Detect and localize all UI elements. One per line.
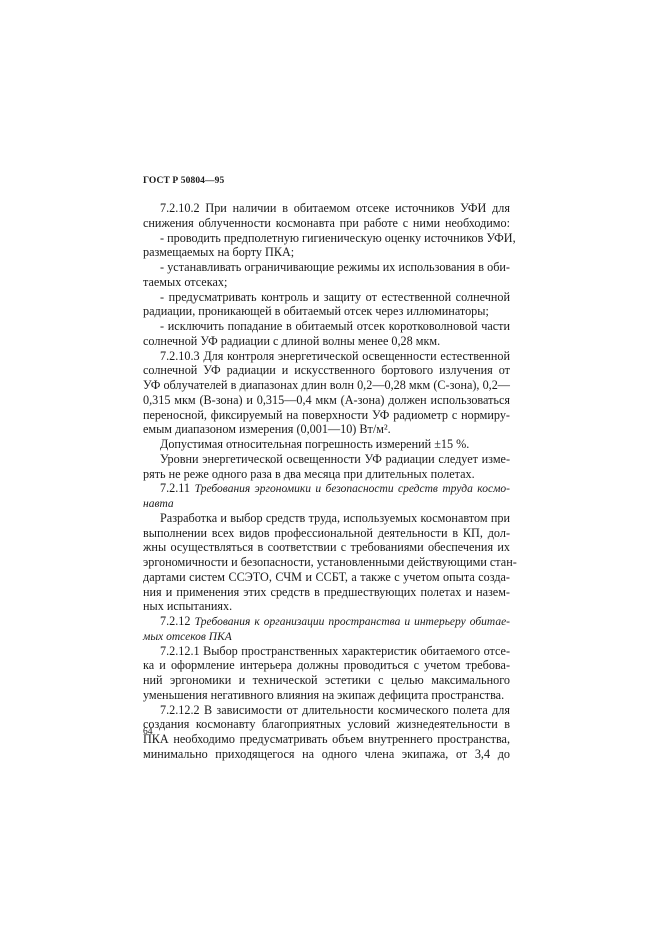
- text-line: 7.2.10.2 При наличии в обитаемом отсеке …: [143, 201, 510, 216]
- text-line: УФ облучателей в диапазонах длин волн 0,…: [143, 378, 510, 393]
- text-line: солнечной УФ радиации с длиной волны мен…: [143, 334, 510, 349]
- text-line: ка и оформление интерьера должны проводи…: [143, 658, 510, 673]
- text-line: эргономичности и безопасности, установле…: [143, 555, 510, 570]
- text-line: - исключить попадание в обитаемый отсек …: [143, 319, 510, 334]
- text-line: жны осуществляться в соответствии с треб…: [143, 540, 510, 555]
- text-line: минимально приходящегося на одного члена…: [143, 747, 510, 762]
- text-line: таемых отсеках;: [143, 275, 510, 290]
- text-line: 7.2.11 Требования эргономики и безопасно…: [143, 481, 510, 496]
- text-line: 0,315 мкм (В-зона) и 0,315—0,4 мкм (А-зо…: [143, 393, 510, 408]
- section-title: Требования эргономики и безопасности сре…: [195, 483, 510, 495]
- text-line: емым диапазоном измерения (0,001—10) Вт/…: [143, 422, 510, 437]
- text-line: радиации, проникающей в обитаемый отсек …: [143, 304, 510, 319]
- text-line: 7.2.12 Требования к организации простран…: [143, 614, 510, 629]
- text-line: 7.2.10.3 Для контроля энергетической осв…: [143, 349, 510, 364]
- text-line: - проводить предполетную гигиеническую о…: [143, 231, 510, 246]
- text-line: солнечной УФ радиации и искусственного б…: [143, 363, 510, 378]
- page-number: 64: [143, 727, 153, 737]
- text-line: размещаемых на борту ПКА;: [143, 245, 510, 260]
- text-line: ния и применения этих средств в предшест…: [143, 585, 510, 600]
- text-line: навта: [143, 496, 510, 511]
- text-line: 7.2.12.2 В зависимости от длительности к…: [143, 703, 510, 718]
- text-line: - предусматривать контроль и защиту от е…: [143, 290, 510, 305]
- text-line: рять не реже одного раза в два месяца пр…: [143, 467, 510, 482]
- text-line: дартами систем ССЭТО, СЧМ и ССБТ, а такж…: [143, 570, 510, 585]
- text-line: Разработка и выбор средств труда, исполь…: [143, 511, 510, 526]
- text-line: ных испытаниях.: [143, 599, 510, 614]
- section-title: Требования к организации пространства и …: [195, 616, 510, 628]
- document-body: 7.2.10.2 При наличии в обитаемом отсеке …: [143, 201, 510, 762]
- document-header: ГОСТ Р 50804—95: [143, 176, 224, 186]
- text-line: Уровни энергетической освещенности УФ ра…: [143, 452, 510, 467]
- italic-text: мых отсеков ПКА: [143, 631, 232, 643]
- text-line: выполнении всех видов профессиональной д…: [143, 526, 510, 541]
- italic-text: навта: [143, 498, 174, 510]
- text-line: создания космонавту благоприятных услови…: [143, 717, 510, 732]
- text-line: Допустимая относительная погрешность изм…: [143, 437, 510, 452]
- text-line: уменьшения негативного влияния на экипаж…: [143, 688, 510, 703]
- section-number: 7.2.12: [160, 614, 195, 628]
- text-line: ний эргономики и технической эстетики с …: [143, 673, 510, 688]
- text-line: переносной, фиксируемый на поверхности У…: [143, 408, 510, 423]
- text-line: 7.2.12.1 Выбор пространственных характер…: [143, 644, 510, 659]
- text-line: - устанавливать ограничивающие режимы их…: [143, 260, 510, 275]
- text-line: мых отсеков ПКА: [143, 629, 510, 644]
- text-line: снижения облученности космонавта при раб…: [143, 216, 510, 231]
- section-number: 7.2.11: [160, 481, 195, 495]
- text-line: ПКА необходимо предусматривать объем вну…: [143, 732, 510, 747]
